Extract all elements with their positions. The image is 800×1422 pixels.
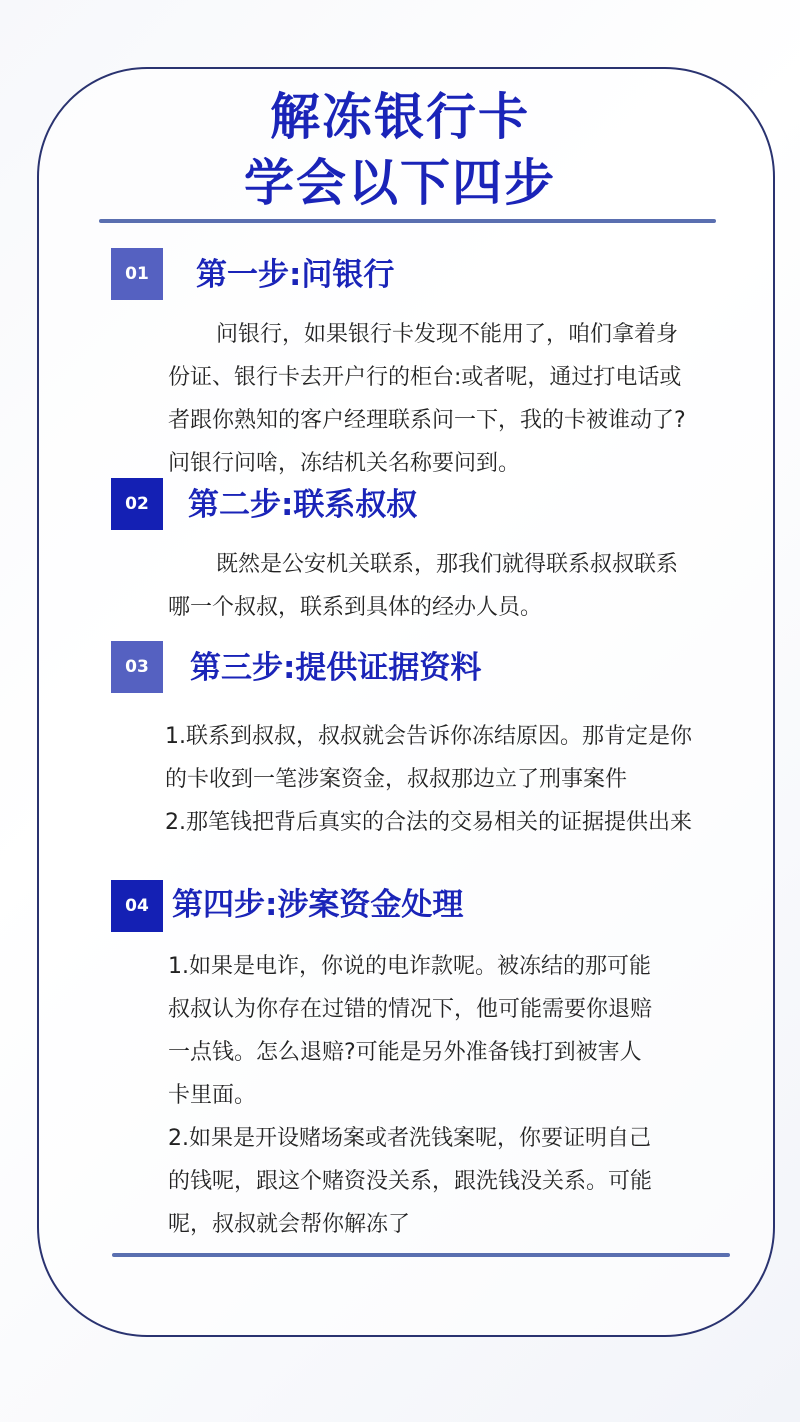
step-1-heading: 第一步:问银行 [196, 260, 394, 291]
step-4-badge: 04 [111, 880, 163, 932]
step-4-heading: 第四步:涉案资金处理 [172, 890, 463, 921]
step-1-line: 者跟你熟知的客户经理联系问一下，我的卡被谁动了? [168, 399, 686, 442]
step-1-badge: 01 [111, 248, 163, 300]
step-3-badge: 03 [111, 641, 163, 693]
step-3-line: 的卡收到一笔涉案资金，叔叔那边立了刑事案件 [165, 758, 692, 801]
divider-top [99, 219, 716, 223]
step-3-line: 2.那笔钱把背后真实的合法的交易相关的证据提供出来 [165, 801, 692, 844]
step-2-badge: 02 [111, 478, 163, 530]
step-2-heading: 第二步:联系叔叔 [188, 490, 417, 521]
step-4-line: 呢，叔叔就会帮你解冻了 [168, 1203, 652, 1246]
step-4-line: 一点钱。怎么退赔?可能是另外准备钱打到被害人 [168, 1031, 652, 1074]
step-1-line: 问银行，如果银行卡发现不能用了，咱们拿着身 [168, 313, 686, 356]
step-4-line: 的钱呢，跟这个赌资没关系，跟洗钱没关系。可能 [168, 1160, 652, 1203]
step-3-body: 1.联系到叔叔，叔叔就会告诉你冻结原因。那肯定是你 的卡收到一笔涉案资金，叔叔那… [165, 715, 692, 844]
step-1-line: 问银行问啥，冻结机关名称要问到。 [168, 442, 686, 485]
step-4-body: 1.如果是电诈，你说的电诈款呢。被冻结的那可能 叔叔认为你存在过错的情况下，他可… [168, 945, 652, 1246]
step-1-body: 问银行，如果银行卡发现不能用了，咱们拿着身 份证、银行卡去开户行的柜台:或者呢，… [168, 313, 686, 485]
page-title-line-2: 学会以下四步 [0, 158, 800, 208]
step-2-line: 哪一个叔叔，联系到具体的经办人员。 [168, 586, 678, 629]
step-3-heading: 第三步:提供证据资料 [190, 653, 481, 684]
step-2-line: 既然是公安机关联系，那我们就得联系叔叔联系 [168, 543, 678, 586]
page-title-line-1: 解冻银行卡 [0, 92, 800, 142]
step-4-line: 叔叔认为你存在过错的情况下，他可能需要你退赔 [168, 988, 652, 1031]
step-2-body: 既然是公安机关联系，那我们就得联系叔叔联系 哪一个叔叔，联系到具体的经办人员。 [168, 543, 678, 629]
step-1-line: 份证、银行卡去开户行的柜台:或者呢，通过打电话或 [168, 356, 686, 399]
step-4-line: 卡里面。 [168, 1074, 652, 1117]
step-3-line: 1.联系到叔叔，叔叔就会告诉你冻结原因。那肯定是你 [165, 715, 692, 758]
divider-bottom [112, 1253, 730, 1257]
step-4-line: 1.如果是电诈，你说的电诈款呢。被冻结的那可能 [168, 945, 652, 988]
step-4-line: 2.如果是开设赌场案或者洗钱案呢，你要证明自己 [168, 1117, 652, 1160]
